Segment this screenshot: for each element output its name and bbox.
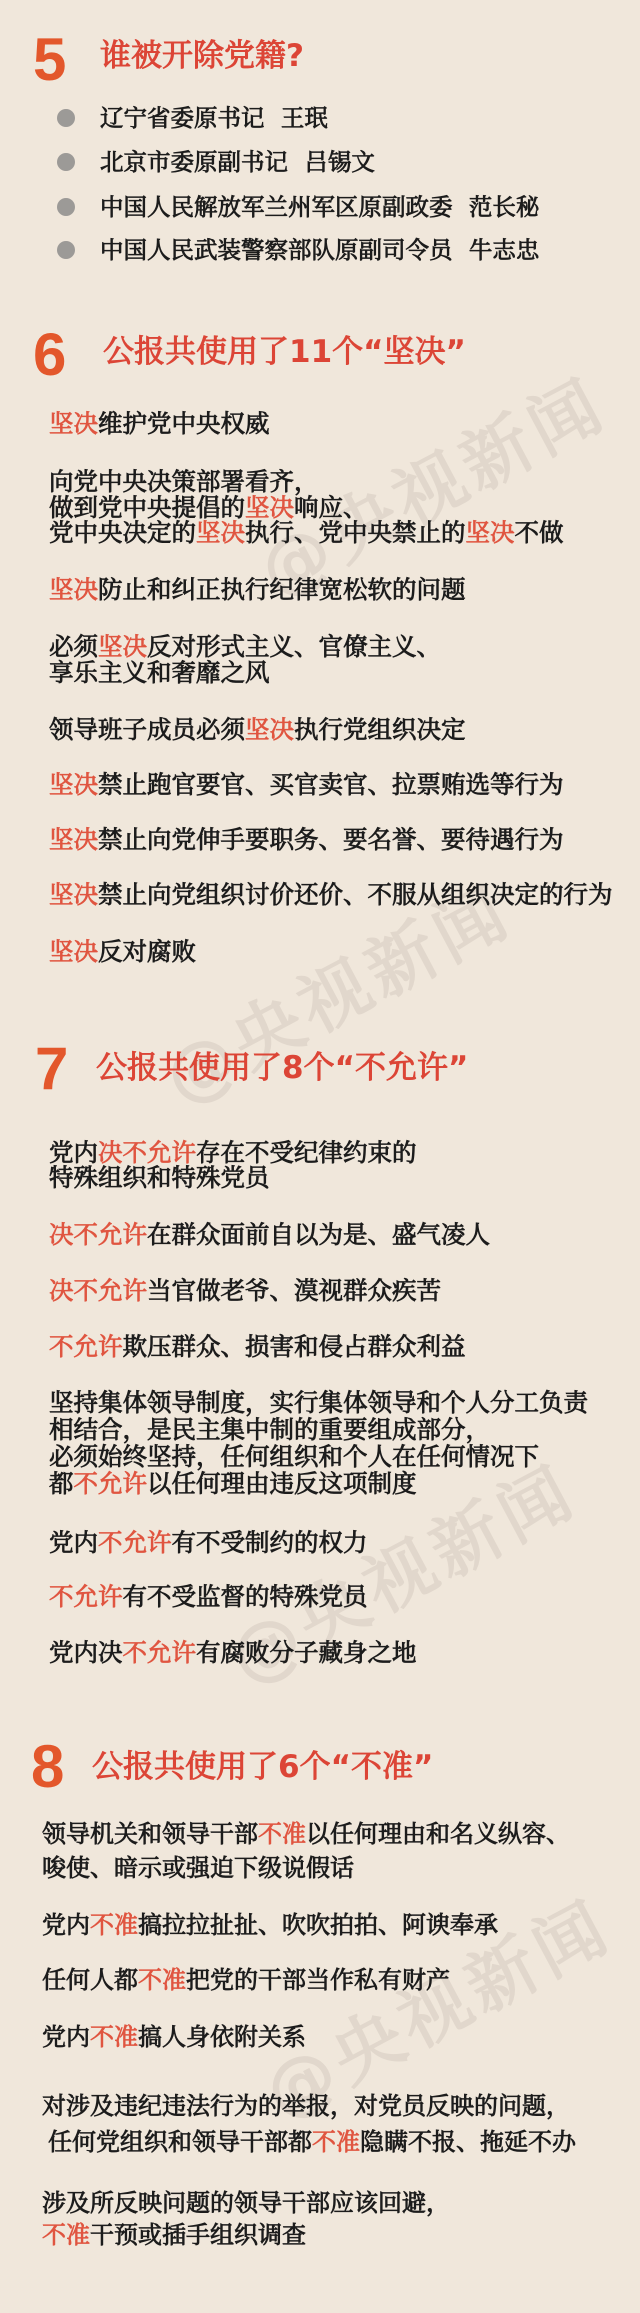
text-segment: 相结合，是民主集中制的重要组成部分，: [49, 1415, 490, 1444]
highlight-keyword: 坚决: [49, 770, 98, 799]
bullet-dot-icon: [57, 198, 75, 216]
highlight-keyword: 不准: [258, 1820, 306, 1848]
entry-line: 领导机关和领导干部不准以任何理由和名义纵容、: [42, 1819, 570, 1849]
entry-line: 不准干预或插手组织调查: [42, 2220, 306, 2250]
text-segment: 坚持集体领导制度，实行集体领导和个人分工负责: [49, 1388, 588, 1417]
text-segment: 向党中央决策部署看齐，: [49, 467, 319, 496]
entry-line: 决不允许当官做老爷、漠视群众疾苦: [49, 1276, 441, 1306]
section-title: 公报共使用了6个“不准”: [92, 1749, 433, 1785]
highlight-keyword: 不准: [138, 1966, 186, 1994]
list-item-text: 中国人民武装警察部队原副司令员 牛志忠: [100, 235, 539, 265]
text-segment: 党内: [42, 1911, 90, 1939]
entry-line: 党内不准搞人身依附关系: [42, 2022, 306, 2052]
infographic-page: @央视新闻 @央视新闻 @央视新闻 @央视新闻 5 谁被开除党籍? 辽宁省委原书…: [0, 0, 640, 2313]
item-role: 辽宁省委原书记: [100, 104, 265, 132]
item-role: 中国人民武装警察部队原副司令员: [100, 236, 453, 264]
text-segment: 领导班子成员必须: [49, 715, 245, 744]
highlight-keyword: 坚决: [245, 715, 294, 744]
entry-line: 享乐主义和奢靡之风: [49, 658, 270, 688]
text-segment: 党中央决定的: [49, 518, 196, 547]
list-item-text: 辽宁省委原书记 王珉: [100, 103, 328, 133]
text-segment: 执行、党中央禁止的: [245, 518, 466, 547]
entry-line: 任何党组织和领导干部都不准隐瞒不报、拖延不办: [48, 2127, 576, 2157]
text-segment: 反对腐败: [98, 937, 196, 966]
text-segment: 有不受制约的权力: [172, 1528, 368, 1557]
bullet-dot-icon: [57, 109, 75, 127]
text-segment: 有腐败分子藏身之地: [196, 1638, 417, 1667]
text-segment: 任何人都: [42, 1966, 138, 1994]
text-segment: 把党的干部当作私有财产: [186, 1966, 450, 1994]
entry-line: 任何人都不准把党的干部当作私有财产: [42, 1965, 450, 1995]
text-segment: 搞拉拉扯扯、吹吹拍拍、阿谀奉承: [138, 1911, 498, 1939]
entry-line: 党中央决定的坚决执行、党中央禁止的坚决不做: [49, 518, 564, 548]
text-segment: 党内: [42, 2023, 90, 2051]
entry-line: 都不允许以任何理由违反这项制度: [49, 1469, 417, 1499]
entry-line: 对涉及违纪违法行为的举报，对党员反映的问题，: [42, 2091, 570, 2121]
entry-line: 特殊组织和特殊党员: [49, 1163, 270, 1193]
entry-line: 领导班子成员必须坚决执行党组织决定: [49, 715, 466, 745]
entry-line: 不允许欺压群众、损害和侵占群众利益: [49, 1332, 466, 1362]
entry-line: 涉及所反映问题的领导干部应该回避，: [42, 2188, 450, 2218]
item-name: 吕锡文: [304, 148, 375, 176]
section-number: 8: [31, 1737, 64, 1797]
section-title: 谁被开除党籍?: [100, 38, 304, 74]
entry-line: 坚决禁止向党伸手要职务、要名誉、要待遇行为: [49, 825, 564, 855]
text-segment: 对涉及违纪违法行为的举报，对党员反映的问题，: [42, 2092, 570, 2120]
text-segment: 涉及所反映问题的领导干部应该回避，: [42, 2189, 450, 2217]
highlight-keyword: 坚决: [49, 409, 98, 438]
highlight-keyword: 坚决: [49, 937, 98, 966]
highlight-keyword: 坚决: [466, 518, 515, 547]
highlight-keyword: 不允许: [49, 1332, 123, 1361]
text-segment: 有不受监督的特殊党员: [123, 1582, 368, 1611]
highlight-keyword: 不允许: [74, 1469, 148, 1498]
entry-line: 坚决维护党中央权威: [49, 409, 270, 439]
highlight-keyword: 坚决: [49, 880, 98, 909]
list-item: 中国人民解放军兰州军区原副政委 范长秘: [0, 192, 640, 222]
text-segment: 领导机关和领导干部: [42, 1820, 258, 1848]
entry-line: 坚决防止和纠正执行纪律宽松软的问题: [49, 575, 466, 605]
entry-line: 坚决反对腐败: [49, 937, 196, 967]
entry-line: 不允许有不受监督的特殊党员: [49, 1582, 368, 1612]
highlight-keyword: 坚决: [196, 518, 245, 547]
highlight-keyword: 不准: [90, 1911, 138, 1939]
highlight-keyword: 决不允许: [49, 1276, 147, 1305]
list-item: 中国人民武装警察部队原副司令员 牛志忠: [0, 235, 640, 265]
item-role: 中国人民解放军兰州军区原副政委: [100, 193, 453, 221]
text-segment: 任何党组织和领导干部都: [48, 2128, 312, 2156]
text-segment: 禁止向党组织讨价还价、不服从组织决定的行为: [98, 880, 613, 909]
section-number: 5: [33, 30, 66, 90]
highlight-keyword: 不允许: [123, 1638, 197, 1667]
entry-line: 坚决禁止跑官要官、买官卖官、拉票贿选等行为: [49, 770, 564, 800]
item-name: 牛志忠: [469, 236, 540, 264]
text-segment: 执行党组织决定: [294, 715, 466, 744]
highlight-keyword: 不准: [312, 2128, 360, 2156]
text-segment: 隐瞒不报、拖延不办: [360, 2128, 576, 2156]
text-segment: 必须始终坚持，任何组织和个人在任何情况下: [49, 1442, 539, 1471]
section-title: 公报共使用了11个“坚决”: [103, 334, 466, 370]
list-item-text: 中国人民解放军兰州军区原副政委 范长秘: [100, 192, 539, 222]
text-segment: 唆使、暗示或强迫下级说假话: [42, 1854, 354, 1882]
entry-line: 坚决禁止向党组织讨价还价、不服从组织决定的行为: [49, 880, 613, 910]
bullet-dot-icon: [57, 241, 75, 259]
highlight-keyword: 决不允许: [49, 1220, 147, 1249]
text-segment: 不做: [515, 518, 564, 547]
text-segment: 党内决: [49, 1638, 123, 1667]
text-segment: 防止和纠正执行纪律宽松软的问题: [98, 575, 466, 604]
entry-line: 决不允许在群众面前自以为是、盛气凌人: [49, 1220, 490, 1250]
entry-line: 党内决不允许有腐败分子藏身之地: [49, 1638, 417, 1668]
bullet-dot-icon: [57, 153, 75, 171]
list-item: 辽宁省委原书记 王珉: [0, 103, 640, 133]
highlight-keyword: 不允许: [49, 1582, 123, 1611]
entry-line: 唆使、暗示或强迫下级说假话: [42, 1853, 354, 1883]
text-segment: 禁止向党伸手要职务、要名誉、要待遇行为: [98, 825, 564, 854]
text-segment: 享乐主义和奢靡之风: [49, 658, 270, 687]
list-item-text: 北京市委原副书记 吕锡文: [100, 147, 375, 177]
text-segment: 搞人身依附关系: [138, 2023, 306, 2051]
highlight-keyword: 坚决: [49, 825, 98, 854]
highlight-keyword: 不准: [42, 2221, 90, 2249]
text-segment: 特殊组织和特殊党员: [49, 1163, 270, 1192]
text-segment: 以任何理由和名义纵容、: [306, 1820, 570, 1848]
section-number: 7: [35, 1039, 68, 1099]
entry-line: 党内不允许有不受制约的权力: [49, 1528, 368, 1558]
text-segment: 必须: [49, 632, 98, 661]
item-name: 范长秘: [469, 193, 540, 221]
text-segment: 禁止跑官要官、买官卖官、拉票贿选等行为: [98, 770, 564, 799]
text-segment: 以任何理由违反这项制度: [147, 1469, 417, 1498]
entry-line: 相结合，是民主集中制的重要组成部分，: [49, 1415, 490, 1445]
text-segment: 都: [49, 1469, 74, 1498]
text-segment: 党内: [49, 1528, 98, 1557]
item-name: 王珉: [281, 104, 328, 132]
item-role: 北京市委原副书记: [100, 148, 288, 176]
highlight-keyword: 不准: [90, 2023, 138, 2051]
section-title: 公报共使用了8个“不允许”: [96, 1050, 468, 1086]
highlight-keyword: 坚决: [49, 575, 98, 604]
text-segment: 干预或插手组织调查: [90, 2221, 306, 2249]
entry-line: 必须始终坚持，任何组织和个人在任何情况下: [49, 1442, 539, 1472]
text-segment: 在群众面前自以为是、盛气凌人: [147, 1220, 490, 1249]
highlight-keyword: 不允许: [98, 1528, 172, 1557]
entry-line: 坚持集体领导制度，实行集体领导和个人分工负责: [49, 1388, 588, 1418]
text-segment: 反对形式主义、官僚主义、: [147, 632, 441, 661]
entry-line: 党内不准搞拉拉扯扯、吹吹拍拍、阿谀奉承: [42, 1910, 498, 1940]
text-segment: 当官做老爷、漠视群众疾苦: [147, 1276, 441, 1305]
highlight-keyword: 坚决: [98, 632, 147, 661]
text-segment: 维护党中央权威: [98, 409, 270, 438]
list-item: 北京市委原副书记 吕锡文: [0, 147, 640, 177]
section-number: 6: [33, 325, 66, 385]
text-segment: 欺压群众、损害和侵占群众利益: [123, 1332, 466, 1361]
